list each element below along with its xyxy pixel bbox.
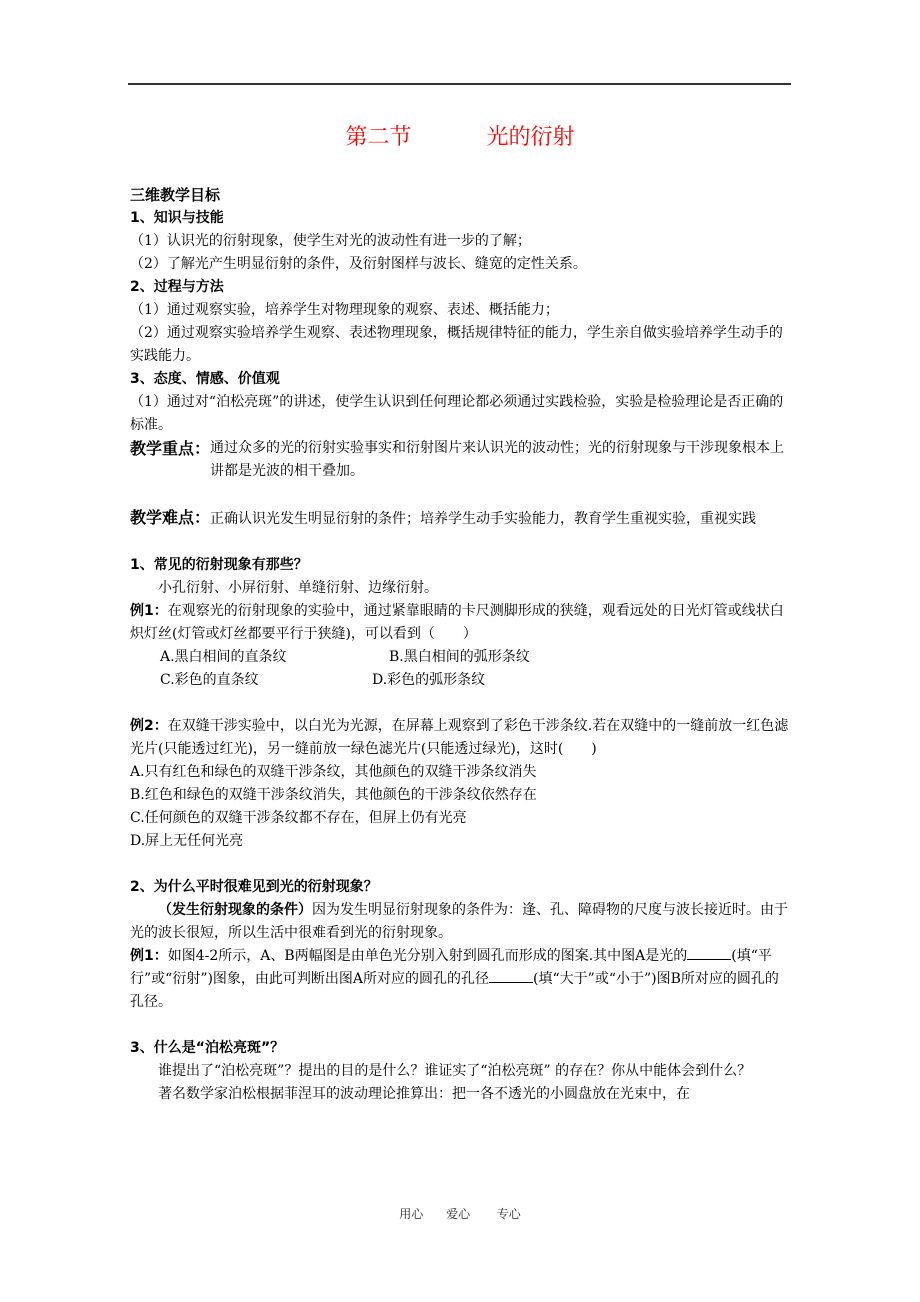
- key-points-text: 通过众多的光的衍射实验事实和衍射图片来认识光的波动性；光的衍射现象与干涉现象根本…: [210, 437, 792, 483]
- objectives-heading: 三维教学目标: [130, 184, 792, 207]
- question-3-heading: 3、什么是“泊松亮斑”？: [130, 1037, 792, 1060]
- objective-item: （1）通过观察实验，培养学生对物理现象的观察、表述、概括能力；: [130, 299, 792, 322]
- page-title: 第二节 光的衍射: [0, 120, 920, 151]
- options-row: A.黑白相间的直条纹 B.黑白相间的弧形条纹: [130, 646, 792, 669]
- key-points-label: 教学重点：: [130, 437, 210, 483]
- option-a: A.黑白相间的直条纹: [160, 646, 389, 669]
- section-heading-knowledge: 1、知识与技能: [130, 207, 792, 230]
- option-c: C.彩色的直条纹: [160, 669, 372, 692]
- document-body: 三维教学目标 1、知识与技能 （1）认识光的衍射现象，使学生对光的波动性有进一步…: [130, 184, 792, 1106]
- fill-blank-2: [489, 968, 533, 983]
- key-points: 教学重点： 通过众多的光的衍射实验事实和衍射图片来认识光的波动性；光的衍射现象与…: [130, 437, 792, 483]
- section-heading-attitude: 3、态度、情感、价值观: [130, 368, 792, 391]
- objective-item: （2）了解光产生明显衍射的条件，及衍射图样与波长、缝宽的定性关系。: [130, 253, 792, 276]
- question-2-answer-label: （发生衍射现象的条件）: [158, 902, 312, 918]
- fill-blank-1: [687, 945, 731, 960]
- options-row: C.彩色的直条纹 D.彩色的弧形条纹: [130, 669, 792, 692]
- question-1-heading: 1、常见的衍射现象有那些？: [130, 554, 792, 577]
- question-3-paragraph: 著名数学家泊松根据菲涅耳的波动理论推算出：把一各不透光的小圆盘放在光束中，在: [130, 1083, 792, 1106]
- question-2-example: 例1：如图4-2所示，A、B两幅图是由单色光分别入射到圆孔而形成的图案.其中图A…: [130, 945, 792, 1014]
- difficulties-text: 正确认识光发生明显衍射的条件；培养学生动手实验能力，教育学生重视实验，重视实践: [210, 511, 756, 527]
- objective-item: （1）通过对“泊松亮斑”的讲述，使学生认识到任何理论都必须通过实践检验，实验是检…: [130, 391, 792, 437]
- objective-item: （1）认识光的衍射现象，使学生对光的波动性有进一步的了解；: [130, 230, 792, 253]
- option-d: D.彩色的弧形条纹: [372, 669, 485, 692]
- example-1-label: 例1：: [130, 603, 168, 619]
- option-d: D.屏上无任何光亮: [130, 830, 792, 853]
- objective-item: （2）通过观察实验培养学生观察、表述物理现象，概括规律特征的能力，学生亲自做实验…: [130, 322, 792, 368]
- page-footer: 用心 爱心 专心: [0, 1205, 920, 1222]
- difficulties-label: 教学难点：: [130, 508, 210, 527]
- example-2-label: 例2：: [130, 718, 168, 734]
- question-1-answer: 小孔衍射、小屏衍射、单缝衍射、边缘衍射。: [130, 577, 792, 600]
- difficulties: 教学难点：正确认识光发生明显衍射的条件；培养学生动手实验能力，教育学生重视实验，…: [130, 506, 792, 531]
- option-b: B.黑白相间的弧形条纹: [389, 646, 530, 669]
- option-c: C.任何颜色的双缝干涉条纹都不存在，但屏上仍有光亮: [130, 807, 792, 830]
- example-1: 例1：在观察光的衍射现象的实验中，通过紧靠眼睛的卡尺测脚形成的狭缝，观看远处的日…: [130, 600, 792, 646]
- option-a: A.只有红色和绿色的双缝干涉条纹，其他颜色的双缝干涉条纹消失: [130, 761, 792, 784]
- question-2-example-text: 如图4-2所示，A、B两幅图是由单色光分别入射到圆孔而形成的图案.其中图A是光的: [168, 948, 688, 964]
- question-2-answer: （发生衍射现象的条件）因为发生明显衍射现象的条件为：逢、孔、障碍物的尺度与波长接…: [130, 899, 792, 945]
- section-heading-process: 2、过程与方法: [130, 276, 792, 299]
- example-1-text: 在观察光的衍射现象的实验中，通过紧靠眼睛的卡尺测脚形成的狭缝，观看远处的日光灯管…: [130, 603, 784, 642]
- example-2-text: 在双缝干涉实验中，以白光为光源，在屏幕上观察到了彩色干涉条纹.若在双缝中的一缝前…: [130, 718, 788, 757]
- example-2: 例2：在双缝干涉实验中，以白光为光源，在屏幕上观察到了彩色干涉条纹.若在双缝中的…: [130, 715, 792, 761]
- question-2-heading: 2、为什么平时很难见到光的衍射现象？: [130, 876, 792, 899]
- header-rule: [128, 83, 791, 85]
- option-b: B.红色和绿色的双缝干涉条纹消失，其他颜色的干涉条纹依然存在: [130, 784, 792, 807]
- question-2-example-label: 例1：: [130, 948, 168, 964]
- question-3-paragraph: 谁提出了“泊松亮斑”？提出的目的是什么？谁证实了“泊松亮斑” 的存在？你从中能体…: [130, 1060, 792, 1083]
